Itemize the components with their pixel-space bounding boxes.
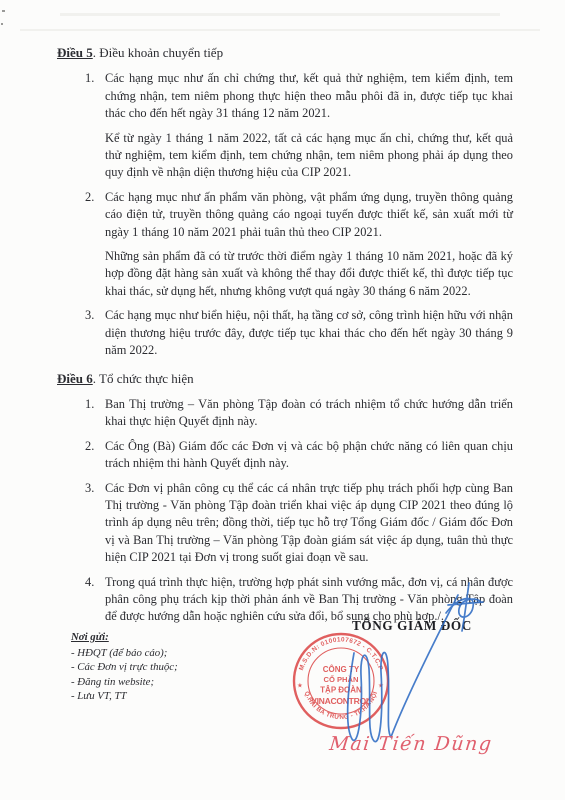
article-5-title: . Điều khoản chuyển tiếp: [93, 45, 223, 60]
list-item: 1. Ban Thị trường – Văn phòng Tập đoàn c…: [57, 396, 513, 438]
list-item-number: 4.: [85, 574, 105, 633]
scan-artifact: [20, 29, 540, 31]
list-item: 3. Các Đơn vị phân công cụ thể các cá nh…: [57, 480, 513, 574]
recipients-block: Nơi gửi: - HĐQT (để báo cáo); - Các Đơn …: [71, 630, 178, 704]
recipient-item: - Các Đơn vị trực thuộc;: [71, 660, 178, 675]
signature-diagonal-stroke: [391, 595, 458, 737]
document-page: Điều 5. Điều khoản chuyển tiếp 1. Các hạ…: [0, 0, 565, 800]
scan-artifact: [1, 23, 3, 25]
article-5-label: Điều 5: [57, 45, 93, 60]
signer-name: Mai Tiến Dũng: [324, 733, 498, 755]
list-item-number: 1.: [85, 396, 105, 438]
paragraph: Các Ông (Bà) Giám đốc các Đơn vị và các …: [105, 438, 513, 473]
list-item: 3. Các hạng mục như biển hiệu, nội thất,…: [57, 307, 513, 366]
paragraph: Những sản phẩm đã có từ trước thời điểm …: [105, 248, 513, 300]
paragraph: Kể từ ngày 1 tháng 1 năm 2022, tất cả cá…: [105, 130, 513, 182]
recipient-item: - Lưu VT, TT: [71, 689, 178, 704]
signature-flourish-vertical: [462, 583, 469, 631]
article-6-title: . Tổ chức thực hiện: [93, 371, 194, 386]
list-item-number: 2.: [85, 438, 105, 480]
scan-artifact: [60, 13, 500, 16]
stamp-star-left-icon: ★: [297, 682, 303, 690]
paragraph: Các Đơn vị phân công cụ thể các cá nhân …: [105, 480, 513, 567]
paragraph: Các hạng mục như ấn chỉ chứng thư, kết q…: [105, 70, 513, 122]
recipients-label: Nơi gửi:: [71, 630, 178, 645]
list-item-number: 3.: [85, 480, 105, 574]
article-6-heading: Điều 6. Tổ chức thực hiện: [57, 370, 513, 387]
signature-loops: [348, 652, 391, 741]
list-item: 1. Các hạng mục như ấn chỉ chứng thư, kế…: [57, 70, 513, 188]
handwritten-signature: [330, 575, 490, 750]
signature-flourish: [446, 598, 480, 617]
article-6-label: Điều 6: [57, 371, 93, 386]
scan-artifact: [2, 10, 5, 12]
list-item-number: 3.: [85, 307, 105, 366]
list-item-number: 2.: [85, 189, 105, 307]
article-5-heading: Điều 5. Điều khoản chuyển tiếp: [57, 44, 513, 61]
list-item: 2. Các hạng mục như ấn phẩm văn phòng, v…: [57, 189, 513, 307]
paragraph: Các hạng mục như ấn phẩm văn phòng, vật …: [105, 189, 513, 241]
paragraph: Các hạng mục như biển hiệu, nội thất, hạ…: [105, 307, 513, 359]
paragraph: Ban Thị trường – Văn phòng Tập đoàn có t…: [105, 396, 513, 431]
recipient-item: - HĐQT (để báo cáo);: [71, 646, 178, 661]
document-body: Điều 5. Điều khoản chuyển tiếp 1. Các hạ…: [57, 44, 513, 633]
list-item-number: 1.: [85, 70, 105, 188]
list-item: 2. Các Ông (Bà) Giám đốc các Đơn vị và c…: [57, 438, 513, 480]
recipient-item: - Đăng tin website;: [71, 675, 178, 690]
